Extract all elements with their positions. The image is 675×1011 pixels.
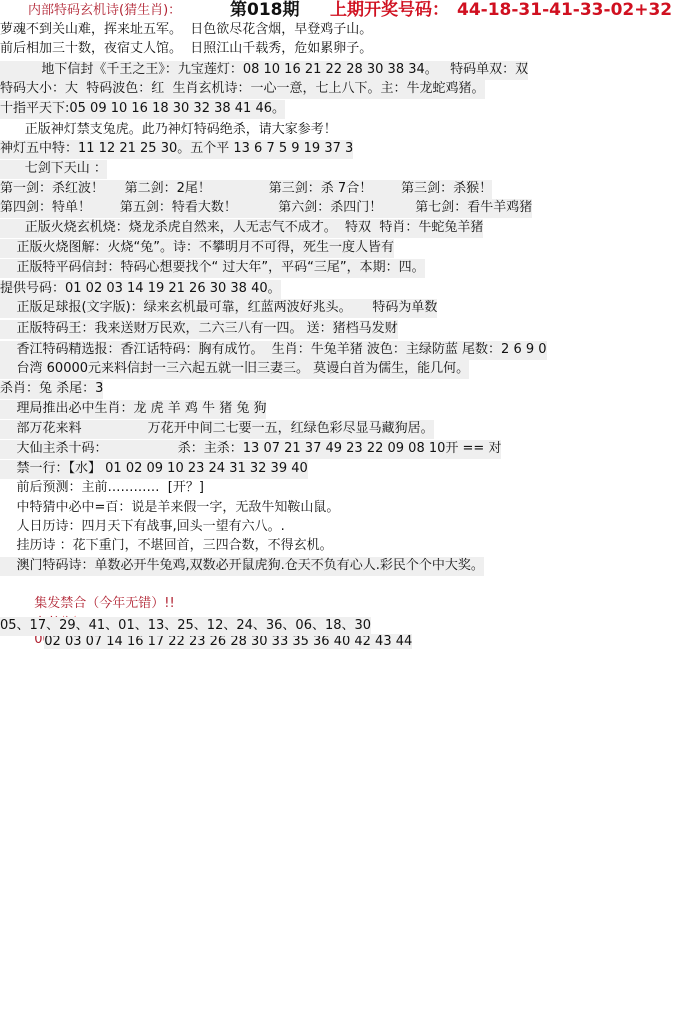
football-paper: 正版足球报(文字版)：绿来玄机最可靠，红蓝两波好兆头。 特码为单数 bbox=[0, 299, 437, 318]
fire-burn: 正版火烧玄机烧：烧龙杀虎自然来，人无志气不成才。 特双 特肖：牛蛇兔羊猪 bbox=[0, 219, 483, 238]
ten-fingers: 十指平天下:05 09 10 16 18 30 32 38 41 46。 bbox=[0, 100, 285, 119]
prediction: 前后预测：主前………… [开？] bbox=[0, 479, 204, 498]
macau-poem: 澳门特码诗：单数必开牛兔鸡,双数必开鼠虎狗.仓天不负有心人.彩民个个中大奖。 bbox=[0, 557, 484, 576]
zaiqizhong-row: 在其中： 02 03 07 14 16 17 22 23 26 28 30 33… bbox=[26, 597, 412, 616]
lamp-ban: 正版神灯禁支兔虎。此乃神灯特码绝杀，请大家参考！ bbox=[0, 121, 337, 140]
zhongte: 中特猜中必中=百：说是羊来假一字，无敌牛知鞍山鼠。 bbox=[0, 499, 339, 518]
fire-diagram: 正版火烧图解：火烧“兔”。诗：不攀明月不可得，死生一度人皆有 bbox=[0, 239, 394, 258]
provided-numbers: 提供号码：01 02 03 14 19 21 26 30 38 40。 bbox=[0, 280, 281, 299]
lamp-five: 神灯五中特：11 12 21 25 30。五个平 13 6 7 5 9 19 3… bbox=[0, 140, 353, 159]
ban-row: 禁一行：【水】 01 02 09 10 23 24 31 32 39 40 bbox=[0, 460, 308, 479]
swords-row-2: 第四剑：特单！ 第五剑：特看大数！ 第六剑：杀四门！ 第七剑：看牛羊鸡猪 bbox=[0, 199, 532, 218]
zaiqizhong-numbers: 02 03 07 14 16 17 22 23 26 28 30 33 35 3… bbox=[44, 634, 412, 649]
seven-swords-title: 七剑下天山 ： bbox=[0, 160, 107, 179]
issue-number: 第018期 bbox=[230, 1, 300, 20]
calendar-poem: 人日历诗：四月天下有战事,回头一望有六八。. bbox=[0, 518, 285, 537]
poem-line-2: 前后相加三十数，夜宿丈人馆。 日照江山千载秀，危如累卵子。 bbox=[0, 40, 372, 59]
bureau-zodiac: 理局推出必中生肖：龙 虎 羊 鸡 牛 猪 兔 狗 bbox=[0, 400, 266, 419]
last-draw-label: 上期开奖号码： bbox=[330, 1, 449, 20]
underground-envelope: 地下信封《千王之王》：九宝莲灯：08 10 16 21 22 28 30 38 … bbox=[0, 61, 528, 80]
kill-zodiac: 杀肖：兔 杀尾：3 bbox=[0, 380, 103, 399]
header-title: 内部特码玄机诗(猜生肖)： bbox=[28, 2, 181, 21]
hanging-calendar: 挂历诗 ：花下重门，不堪回首，三四合数，不得玄机。 bbox=[0, 537, 333, 556]
taiwan: 台湾 60000元来料信封一三六起五就一旧三妻三。 莫谩白首为儒生，能几何。 bbox=[0, 360, 469, 379]
flat-envelope: 正版特平码信封：特码心想要找个“ 过大年”，平码“三尾”，本期：四。 bbox=[0, 259, 425, 278]
wanhua: 部万花来料 万花开中间二七要一五，红绿色彩尽显马藏狗居。 bbox=[0, 420, 434, 439]
last-draw-numbers: 44-18-31-41-33-02+32 bbox=[457, 1, 672, 20]
special-king: 正版特码王：我来送财万民欢，二六三八有一四。 送：猪档马发财 bbox=[0, 320, 398, 339]
final-number-list: 05、17、29、41、01、13、25、12、24、36、06、18、30 bbox=[0, 617, 371, 636]
jifa-row: 集发禁合（今年无错）!! ★★★★ 06（开？准） bbox=[26, 577, 175, 596]
swords-row-1: 第一剑：杀红波！ 第二剑：2尾！ 第三剑：杀 7合！ 第三剑：杀猴！ bbox=[0, 180, 492, 199]
xiangjiang: 香江特码精选报：香江话特码：胸有成竹。 生肖：牛兔羊猪 波色：主绿防蓝 尾数：2… bbox=[0, 341, 547, 360]
special-size-line: 特码大小：大 特码波色：红 生肖玄机诗：一心一意，七上八下。主：牛龙蛇鸡猪。 bbox=[0, 80, 485, 99]
poem-line-1: 萝魂不到关山难，挥来址五军。 日色欲尽花含烟，早登鸡子山。 bbox=[0, 21, 372, 40]
daxian: 大仙主杀十码： 杀：主杀：13 07 21 37 49 23 22 09 08 … bbox=[0, 440, 501, 459]
